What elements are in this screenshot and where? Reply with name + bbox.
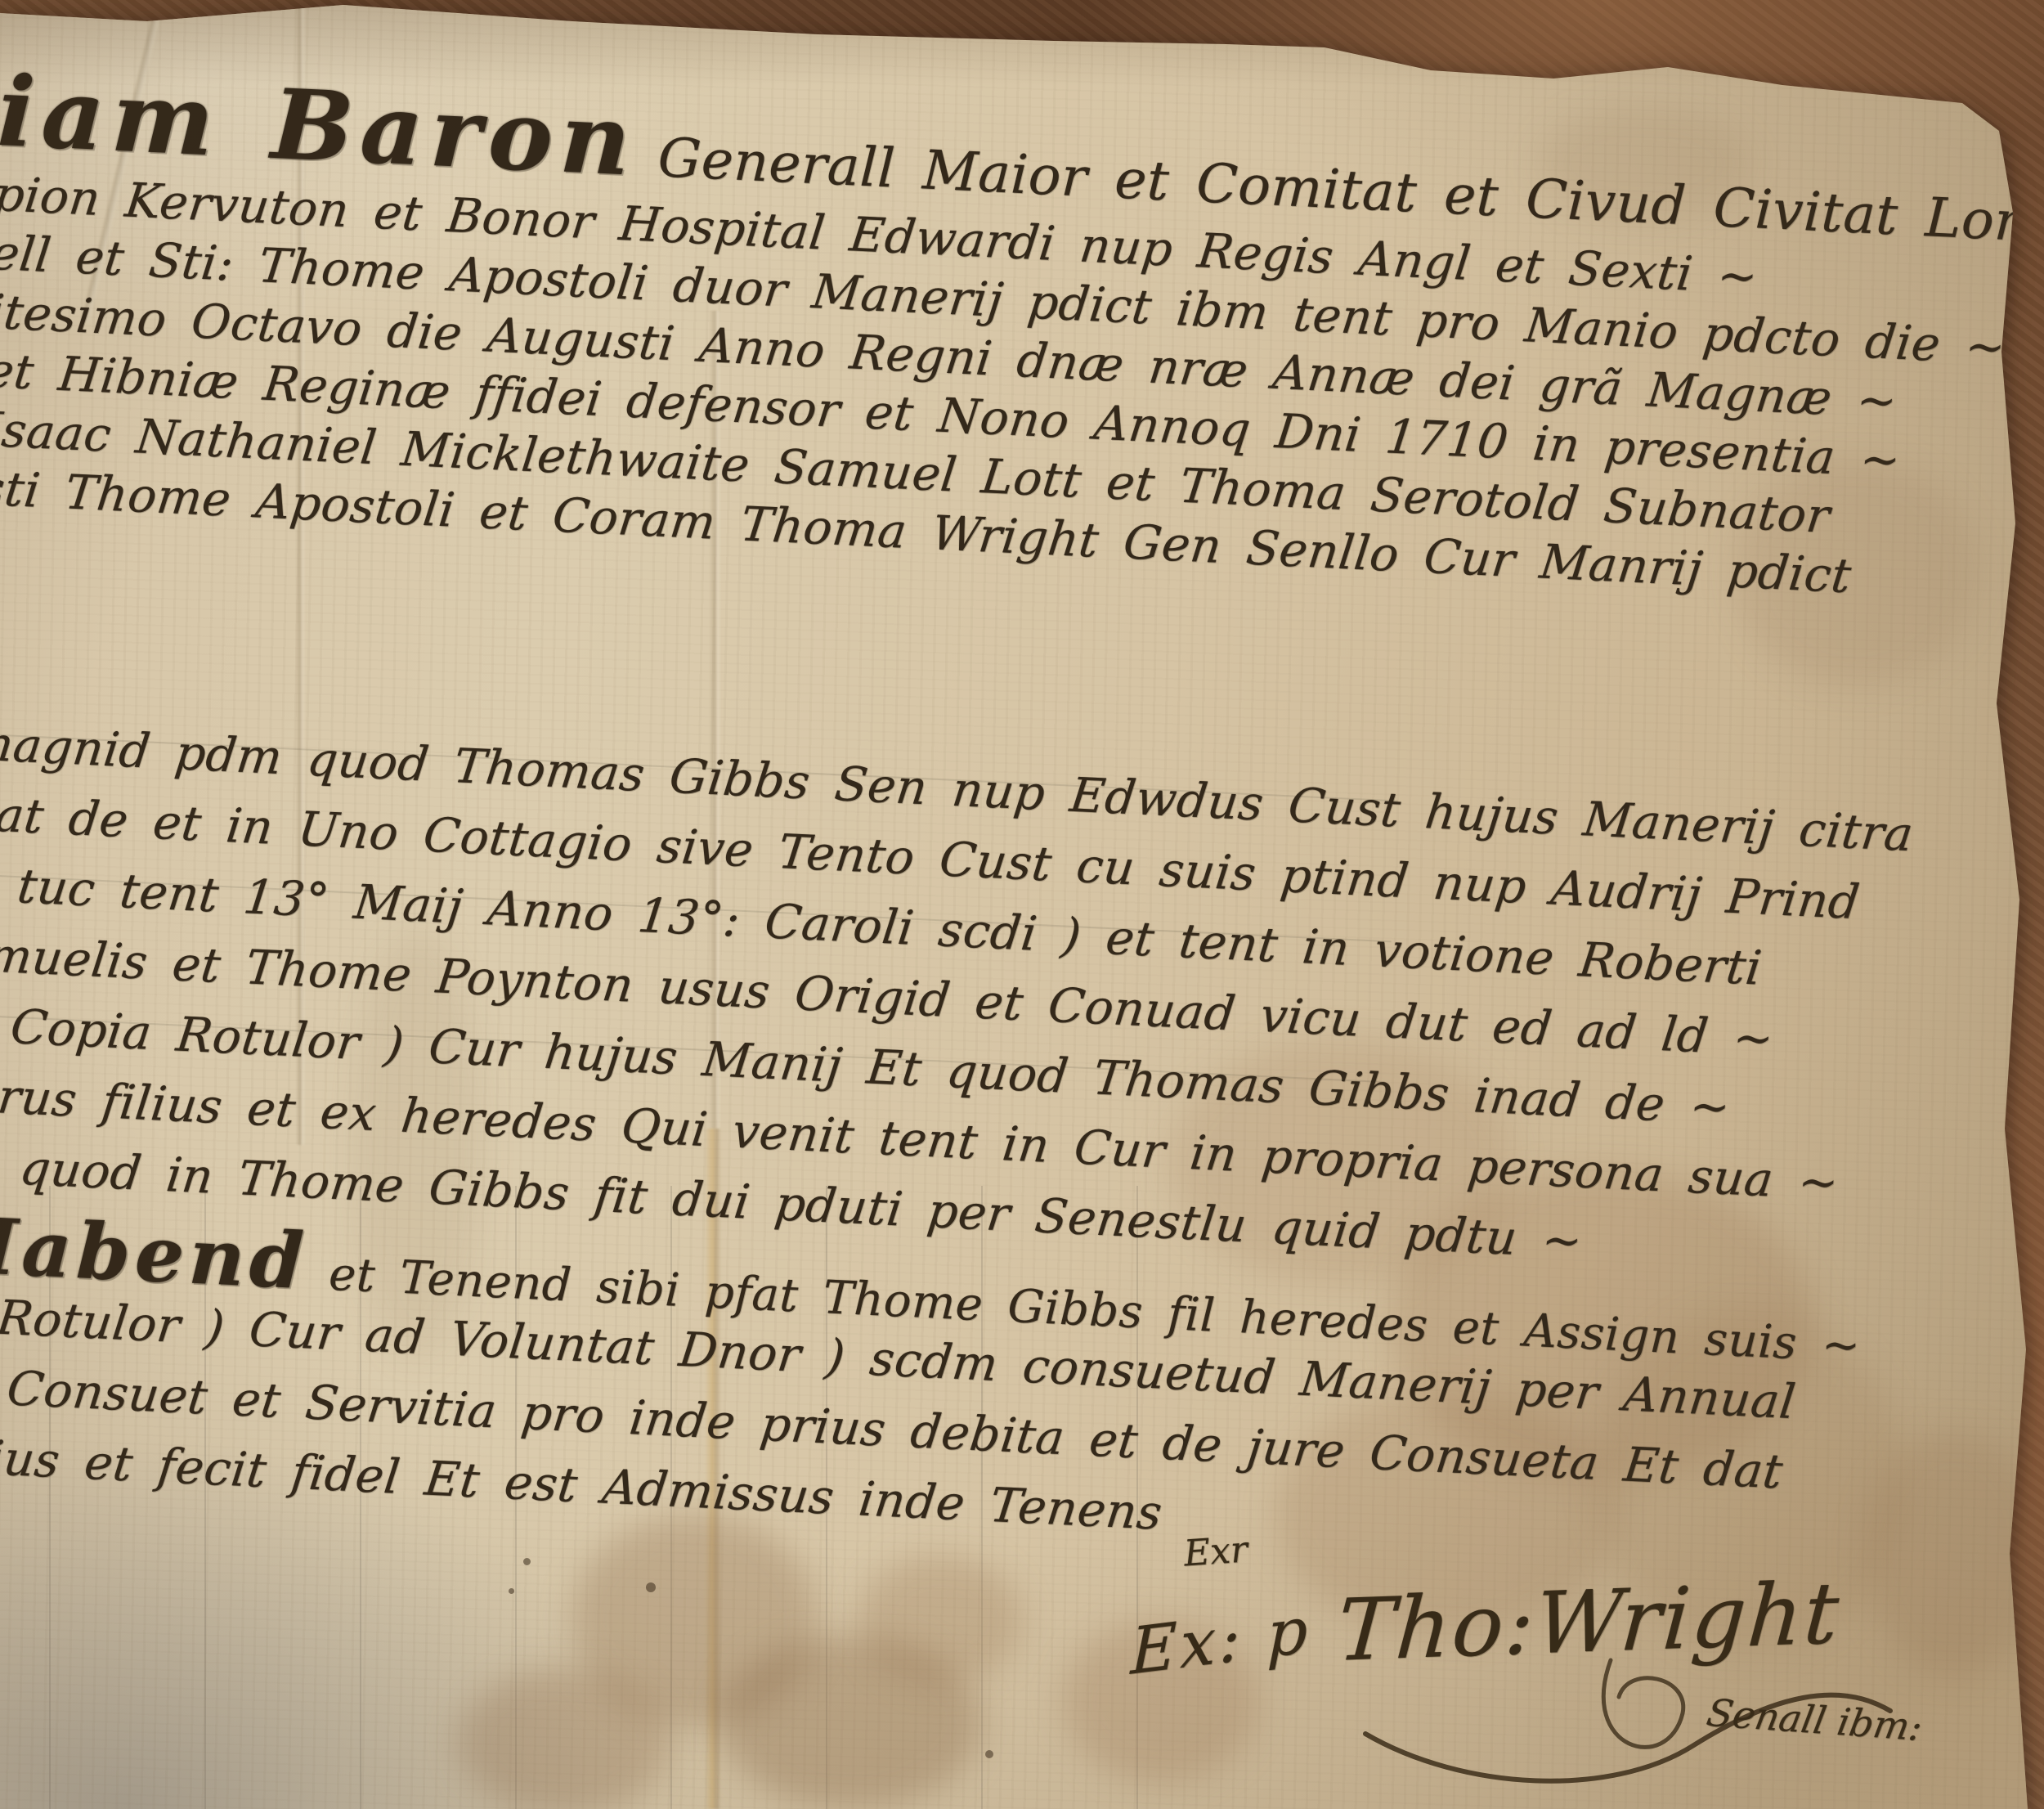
photo-of-manuscript: { "manuscript": { "year": "1710", "openi… (0, 0, 2044, 1809)
photo-vignette (0, 0, 2044, 1809)
parchment-wrap: iam Baron Generall Maior et Comitat et C… (0, 0, 2044, 1809)
parchment-document: iam Baron Generall Maior et Comitat et C… (0, 0, 2044, 1809)
